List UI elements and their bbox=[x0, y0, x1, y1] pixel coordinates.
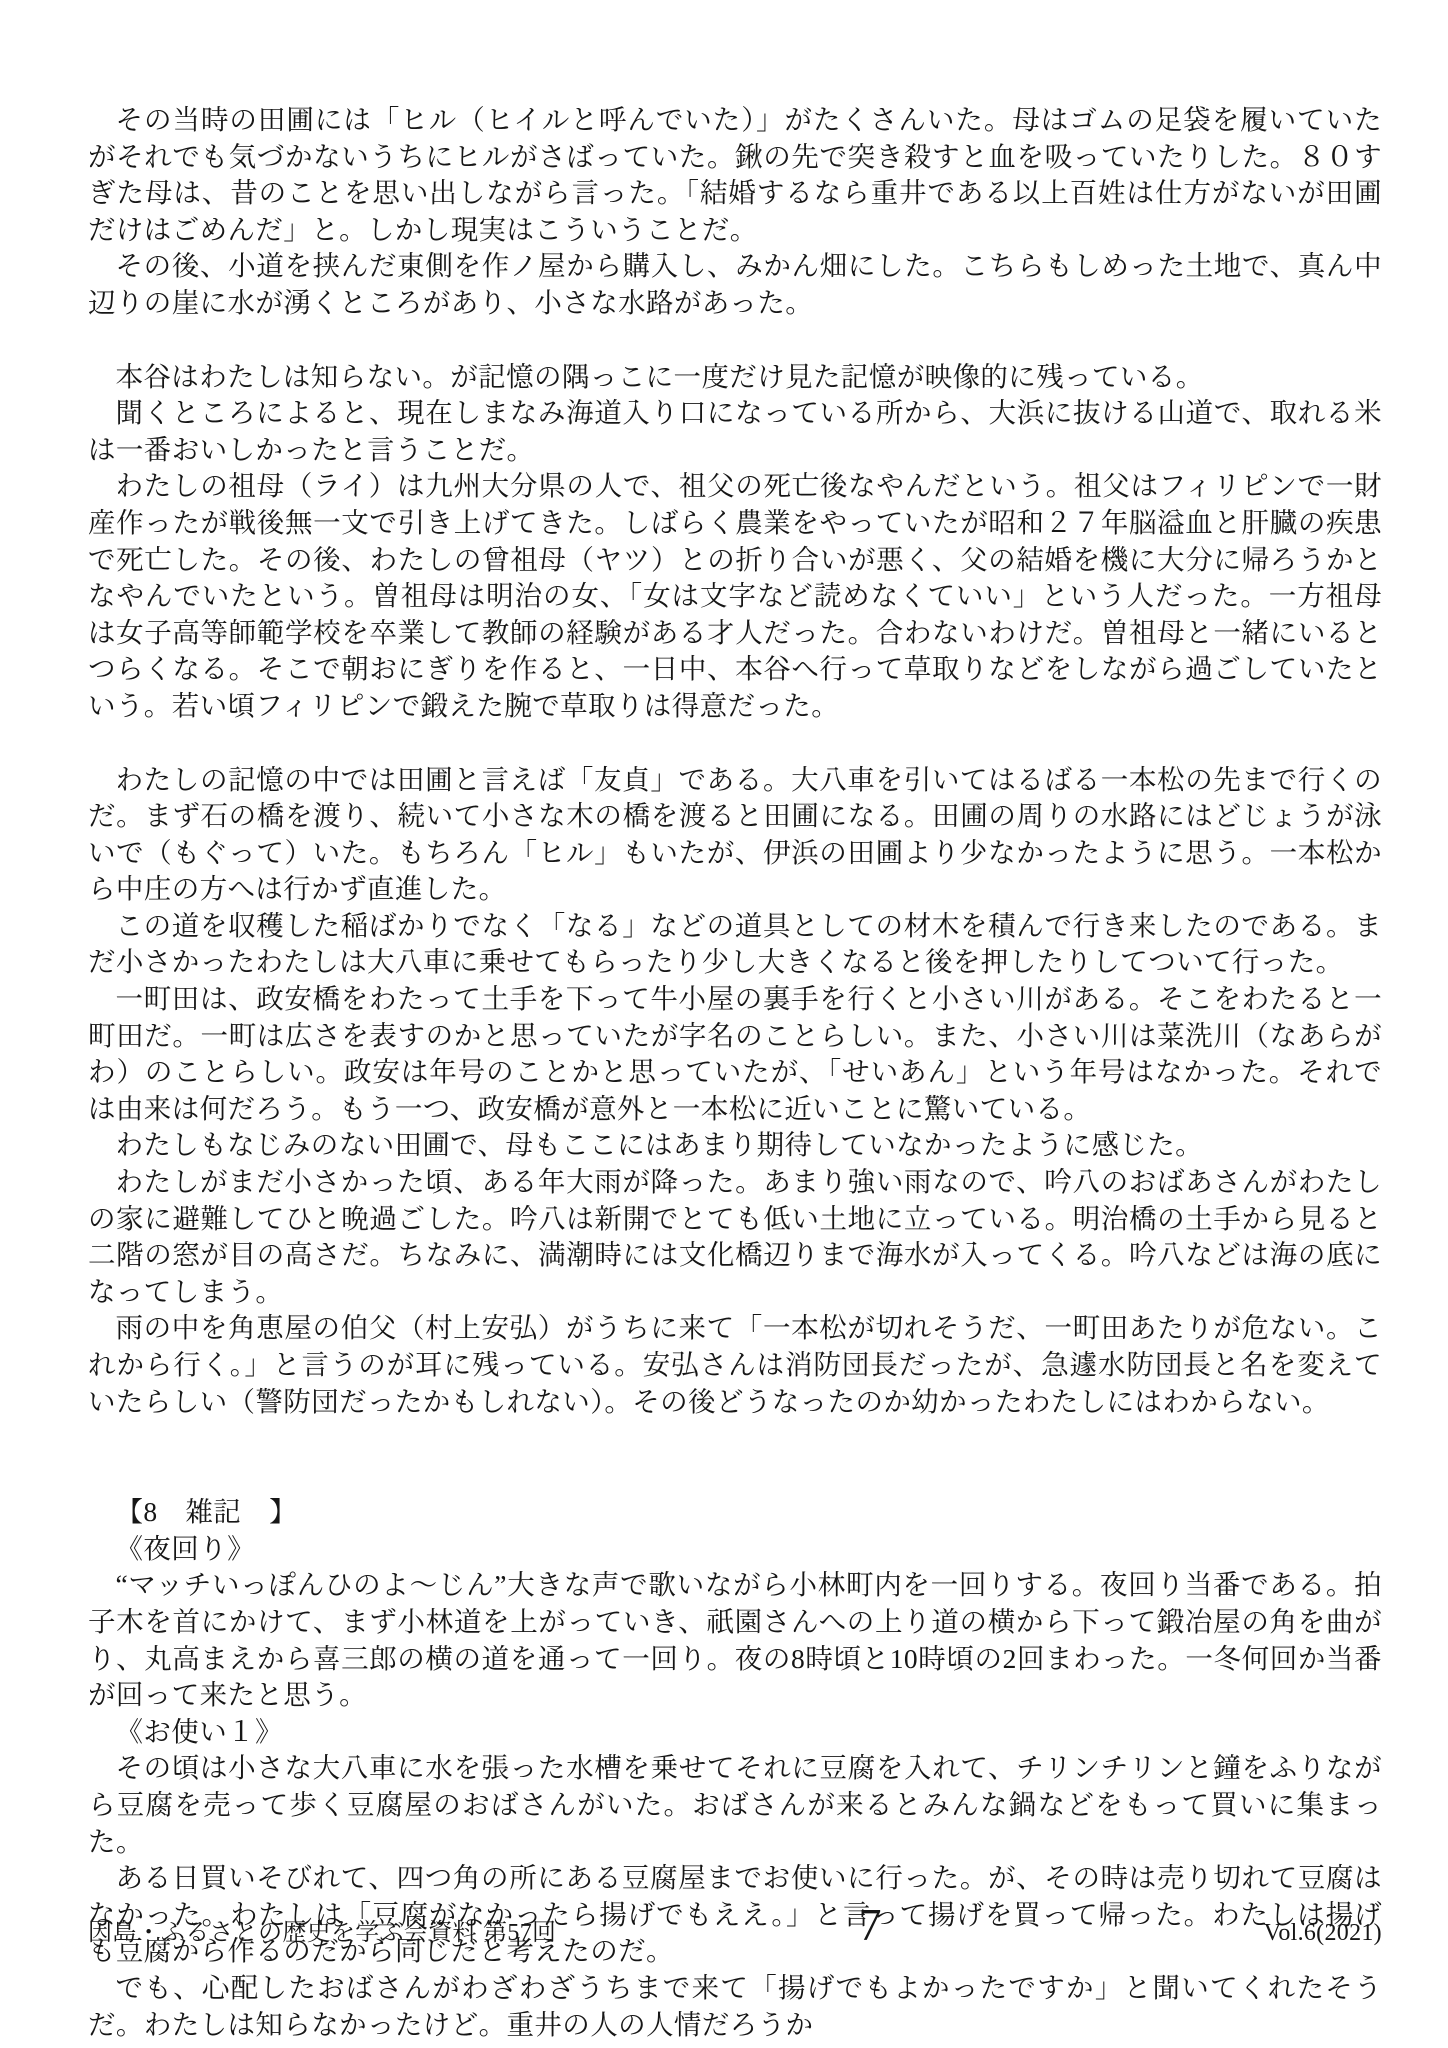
footer-volume: Vol.6(2021) bbox=[1264, 1920, 1382, 1947]
page-number: 7 bbox=[859, 1898, 882, 1951]
subheading: 《夜回り》 bbox=[88, 1531, 1382, 1568]
paragraph: その後、小道を挟んだ東側を作ノ屋から購入し、みかん畑にした。こちらもしめった土地… bbox=[88, 248, 1382, 321]
paragraph: 聞くところによると、現在しまなみ海道入り口になっている所から、大浜に抜ける山道で… bbox=[88, 395, 1382, 468]
heading: 【8 雑記 】 bbox=[88, 1494, 1382, 1531]
spacer bbox=[88, 322, 1382, 359]
paragraph: わたしの祖母（ライ）は九州大分県の人で、祖父の死亡後なやんだという。祖父はフィリ… bbox=[88, 468, 1382, 724]
spacer-large bbox=[88, 1420, 1382, 1494]
document-page: その当時の田圃には「ヒル（ヒイルと呼んでいた）」がたくさんいた。母はゴムの足袋を… bbox=[0, 0, 1448, 2048]
paragraph: 雨の中を角恵屋の伯父（村上安弘）がうちに来て「一本松が切れそうだ、一町田あたりが… bbox=[88, 1310, 1382, 1420]
document-body: その当時の田圃には「ヒル（ヒイルと呼んでいた）」がたくさんいた。母はゴムの足袋を… bbox=[88, 102, 1382, 2043]
paragraph: この道を収穫した稲ばかりでなく「なる」などの道具としての材木を積んで行き来したの… bbox=[88, 908, 1382, 981]
paragraph: わたしの記憶の中では田圃と言えば「友貞」である。大八車を引いてはるばる一本松の先… bbox=[88, 762, 1382, 908]
footer-source-title: 因島・ふるさとの歴史を学ぶ会資料 第57回 bbox=[88, 1912, 556, 1947]
paragraph: でも、心配したおばさんがわざわざうちまで来て「揚げでもよかったですか」と聞いてく… bbox=[88, 1970, 1382, 2043]
paragraph: “マッチいっぽんひのよ～じん”大きな声で歌いながら小林町内を一回りする。夜回り当… bbox=[88, 1567, 1382, 1713]
spacer bbox=[88, 725, 1382, 762]
paragraph: その当時の田圃には「ヒル（ヒイルと呼んでいた）」がたくさんいた。母はゴムの足袋を… bbox=[88, 102, 1382, 248]
paragraph: その頃は小さな大八車に水を張った水槽を乗せてそれに豆腐を入れて、チリンチリンと鐘… bbox=[88, 1750, 1382, 1860]
paragraph: 本谷はわたしは知らない。が記憶の隅っこに一度だけ見た記憶が映像的に残っている。 bbox=[88, 359, 1382, 396]
paragraph: わたしがまだ小さかった頃、ある年大雨が降った。あまり強い雨なので、吟八のおばあさ… bbox=[88, 1164, 1382, 1310]
paragraph: 一町田は、政安橋をわたって土手を下って牛小屋の裏手を行くと小さい川がある。そこを… bbox=[88, 981, 1382, 1127]
paragraph: わたしもなじみのない田圃で、母もここにはあまり期待していなかったように感じた。 bbox=[88, 1127, 1382, 1164]
page-footer: 因島・ふるさとの歴史を学ぶ会資料 第57回 7 Vol.6(2021) bbox=[88, 1898, 1382, 1951]
subheading: 《お使い１》 bbox=[88, 1714, 1382, 1751]
